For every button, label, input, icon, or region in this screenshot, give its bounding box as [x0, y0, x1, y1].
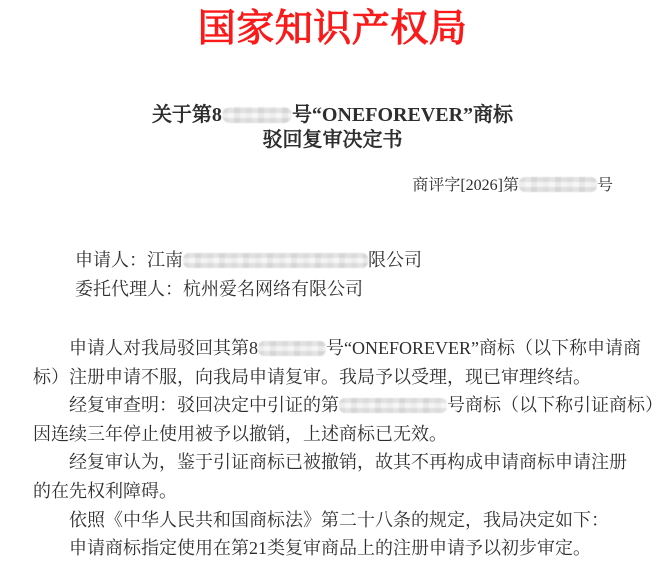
applicant-name-post: 限公司	[368, 250, 422, 270]
redacted-application-number-blur	[258, 341, 326, 356]
redacted-applicant-name-blur	[183, 253, 368, 268]
document-title: 关于第8号“ONEFOREVER”商标 驳回复审决定书	[0, 103, 665, 153]
redacted-trademark-number-blur	[222, 107, 292, 123]
document-reference-number: 商评字[2026]第号	[412, 176, 613, 196]
doc-number-text-pre: 商评字[2026]第	[412, 177, 519, 194]
body-paragraph-4: 依照《中华人民共和国商标法》第二十八条的规定，我局决定如下：	[33, 506, 638, 535]
body-paragraph-2-line-2: 因连续三年停止使用被予以撤销，上述商标已无效。	[33, 420, 638, 449]
doc-number-text-post: 号	[597, 177, 613, 194]
agent-label: 委托代理人：	[75, 279, 183, 299]
agent-name: 杭州爱名网络有限公司	[183, 279, 363, 299]
body-paragraph-1-line-1: 申请人对我局驳回其第8号“ONEFOREVER”商标（以下称申请商	[33, 334, 638, 363]
body-paragraph-3-line-2: 的在先权利障碍。	[33, 477, 638, 506]
body-text-fragment: 号“ONEFOREVER”商标（以下称申请商	[326, 338, 641, 358]
document-title-text-pre: 关于第8	[152, 104, 222, 126]
redacted-reference-number-blur	[519, 177, 597, 192]
issuing-authority-title: 国家知识产权局	[0, 6, 665, 52]
applicant-label: 申请人：	[75, 250, 147, 270]
document-page: 国家知识产权局 关于第8号“ONEFOREVER”商标 驳回复审决定书 商评字[…	[0, 0, 665, 577]
document-title-line1: 关于第8号“ONEFOREVER”商标	[0, 103, 665, 128]
body-paragraph-2-line-1: 经复审查明：驳回决定中引证的第号商标（以下称引证商标）	[33, 391, 638, 420]
document-title-line2: 驳回复审决定书	[0, 128, 665, 153]
applicant-name-pre: 江南	[147, 250, 183, 270]
decision-body: 申请人对我局驳回其第8号“ONEFOREVER”商标（以下称申请商 标）注册申请…	[33, 334, 638, 563]
parties-section: 申请人：江南限公司 委托代理人：杭州爱名网络有限公司	[75, 246, 422, 304]
body-text-fragment: 号商标（以下称引证商标）	[447, 395, 663, 415]
body-paragraph-3-line-1: 经复审认为，鉴于引证商标已被撤销，故其不再构成申请商标申请注册	[33, 448, 638, 477]
body-paragraph-5: 申请商标指定使用在第21类复审商品上的注册申请予以初步审定。	[33, 534, 638, 563]
body-paragraph-1-line-2: 标）注册申请不服，向我局申请复审。我局予以受理，现已审理终结。	[33, 363, 638, 392]
agent-line: 委托代理人：杭州爱名网络有限公司	[75, 275, 422, 304]
redacted-cited-mark-number-blur	[339, 398, 447, 413]
applicant-line: 申请人：江南限公司	[75, 246, 422, 275]
body-text-fragment: 申请人对我局驳回其第8	[69, 338, 258, 358]
document-title-text-post: 号“ONEFOREVER”商标	[292, 104, 513, 126]
body-text-fragment: 经复审查明：驳回决定中引证的第	[69, 395, 339, 415]
